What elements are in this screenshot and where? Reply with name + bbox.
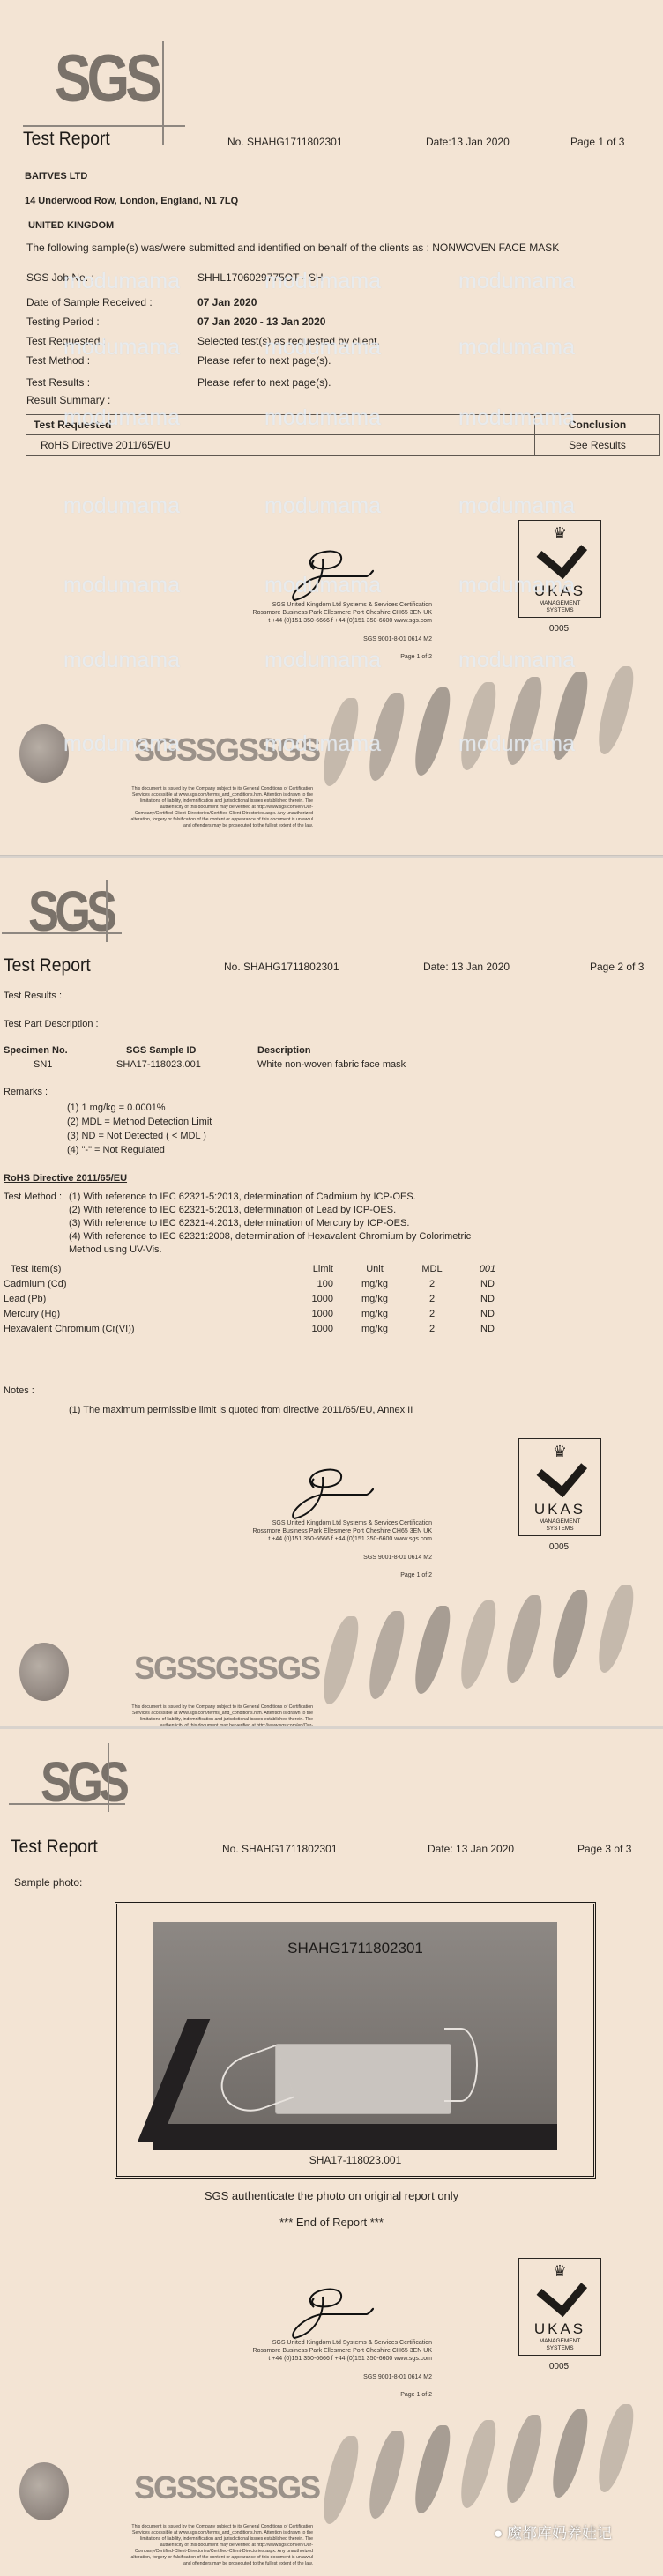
bird-icon [501,2415,548,2503]
report-page-2: SGS Test Report No. SHAHG1711802301 Date… [0,858,663,1726]
form-code: SGS 9001-8-01 0614 M2 [291,2374,432,2380]
ruler-horizontal [153,2124,557,2150]
address-line: SGS United Kingdom Ltd Systems & Service… [203,2339,432,2347]
field-value: Please refer to next page(s). [197,354,331,367]
results-cell: 1000 [291,1294,333,1304]
ukas-badge: ♛UKASMANAGEMENTSYSTEMS [518,2258,601,2356]
summary-header-row: Test Requested Conclusion [26,415,660,435]
results-cell: 2 [414,1309,450,1319]
bird-icon [317,2436,364,2524]
results-cell: mg/kg [353,1294,397,1304]
watermark-text: modumama [458,335,575,360]
results-cell: ND [473,1324,503,1334]
address-line: Rossmore Business Park Ellesmere Port Ch… [203,1527,432,1535]
bird-icon [409,687,456,776]
results-header-cell: MDL [414,1264,450,1274]
notes-label: Notes : [4,1385,34,1396]
legal-disclaimer: This document is issued by the Company s… [123,786,313,829]
globe-icon [19,2462,69,2520]
summary-conclusion-cell: See Results [535,435,660,456]
certificate-page: Page 1 of 2 [291,654,432,660]
watermark-text: modumama [264,494,381,519]
note-item: (1) The maximum permissible limit is quo… [69,1405,413,1415]
end-of-report: *** End of Report *** [0,2216,663,2229]
authenticate-note: SGS authenticate the photo on original r… [0,2189,663,2202]
ukas-subtitle: MANAGEMENT [519,1518,600,1526]
sgs-strip-logo: SGSSGSSGS [134,731,319,768]
field-label: Test Method : [26,354,90,367]
results-cell: Lead (Pb) [4,1294,46,1304]
social-account-name: 魔都库妈养娃记 [507,2525,612,2542]
results-cell: 2 [414,1279,450,1289]
sgs-address: SGS United Kingdom Ltd Systems & Service… [203,1519,432,1543]
test-part-description-label: Test Part Description : [4,1019,99,1029]
remarks-label: Remarks : [4,1087,48,1097]
client-name: BAITVES LTD [25,171,87,182]
watermark-text: modumama [264,648,381,673]
legal-disclaimer: This document is issued by the Company s… [123,2524,313,2567]
field-value: 07 Jan 2020 - 13 Jan 2020 [197,316,325,328]
sgs-address: SGS United Kingdom Ltd Systems & Service… [203,601,432,625]
bird-icon [547,2409,593,2498]
report-number: No. SHAHG1711802301 [222,1843,338,1855]
client-address: 14 Underwood Row, London, England, N1 7L… [25,196,238,206]
ukas-subtitle: SYSTEMS [519,2345,600,2355]
results-cell: Mercury (Hg) [4,1309,60,1319]
address-line: Rossmore Business Park Ellesmere Port Ch… [203,2347,432,2355]
summary-test-cell: RoHS Directive 2011/65/EU [26,435,535,456]
watermark-text: modumama [458,269,575,294]
form-code: SGS 9001-8-01 0614 M2 [291,1555,432,1561]
ukas-badge: ♛UKASMANAGEMENTSYSTEMS [518,1438,601,1536]
field-label: Testing Period : [26,316,100,328]
sgs-logo-text: SGS [28,883,113,939]
specimen-header-desc: Description [257,1045,311,1056]
report-title: Test Report [11,1837,98,1858]
bird-icon [363,693,410,781]
bird-icon [363,2431,410,2519]
bird-icon [501,1595,548,1683]
specimen-desc: White non-woven fabric face mask [257,1059,406,1070]
report-page-1: SGS Test Report No. SHAHG1711802301 Date… [0,0,663,855]
page-number: Page 1 of 3 [570,136,624,148]
ukas-number: 0005 [518,1542,600,1552]
results-cell: ND [473,1294,503,1304]
test-method-item: (1) With reference to IEC 62321-5:2013, … [69,1191,416,1202]
certificate-page: Page 1 of 2 [291,2392,432,2398]
sgs-address: SGS United Kingdom Ltd Systems & Service… [203,2339,432,2363]
bird-icon [547,672,593,760]
report-page-3: SGS Test Report No. SHAHG1711802301 Date… [0,1729,663,2576]
field-value: Please refer to next page(s). [197,376,331,389]
results-cell: 2 [414,1324,450,1334]
wechat-icon: ● [494,2525,503,2542]
specimen-header-id: SGS Sample ID [126,1045,196,1056]
bird-icon [455,2420,502,2508]
sample-intro: The following sample(s) was/were submitt… [26,241,635,256]
report-title: Test Report [4,955,91,976]
sgs-logo-text: SGS [55,46,158,113]
field-label: Date of Sample Received : [26,296,153,308]
globe-icon [19,724,69,783]
signature-icon [287,1461,384,1523]
summary-header-test: Test Requested [26,415,535,435]
report-number: No. SHAHG1711802301 [224,961,339,973]
results-cell: 1000 [291,1309,333,1319]
specimen-no: SN1 [34,1059,52,1070]
ukas-subtitle: SYSTEMS [519,1526,600,1535]
field-value: Selected test(s) as requested by client. [197,335,380,347]
sample-photo: SHAHG1711802301 [153,1922,557,2150]
report-title: Test Report [23,129,110,150]
page-number: Page 2 of 3 [590,961,644,973]
results-cell: Hexavalent Chromium (Cr(VI)) [4,1324,135,1334]
bird-icon [592,2404,639,2492]
sgs-strip-logo: SGSSGSSGS [134,2469,319,2506]
summary-row: RoHS Directive 2011/65/EU See Results [26,435,660,456]
results-cell: Cadmium (Cd) [4,1279,67,1289]
ukas-subtitle: SYSTEMS [519,607,600,617]
specimen-id: SHA17-118023.001 [116,1059,201,1070]
ukas-title: UKAS [519,1501,600,1518]
summary-header-conclusion: Conclusion [535,415,660,435]
results-cell: ND [473,1279,503,1289]
ear-loop-right [444,2028,478,2102]
results-header-cell: Test Item(s) [11,1264,61,1274]
legal-disclaimer: This document is issued by the Company s… [123,1704,313,1726]
watermark-text: modumama [63,494,180,519]
ukas-title: UKAS [519,583,600,600]
bird-icon [592,666,639,754]
form-code: SGS 9001-8-01 0614 M2 [291,636,432,642]
bird-icon [455,682,502,770]
photo-bottom-caption: SHA17-118023.001 [117,2154,593,2166]
sample-photo-frame: SHAHG1711802301 SHA17-118023.001 [115,1902,596,2179]
specimen-header-no: Specimen No. [4,1045,68,1056]
globe-icon [19,1643,69,1701]
bird-icon [547,1590,593,1678]
ukas-title: UKAS [519,2320,600,2338]
field-value: 07 Jan 2020 [197,296,257,308]
signature-icon [287,543,384,605]
results-cell: 1000 [291,1324,333,1334]
report-number: No. SHAHG1711802301 [227,136,343,148]
client-country: UNITED KINGDOM [28,220,114,231]
face-mask-image [275,2044,451,2114]
watermark-text: modumama [63,648,180,673]
certificate-page: Page 1 of 2 [291,1572,432,1578]
test-method-item: Method using UV-Vis. [69,1244,162,1255]
address-line: t +44 (0)151 350-6666 f +44 (0)151 350-6… [203,617,432,625]
signature-icon [287,2281,384,2342]
field-label: Test Requested : [26,335,106,347]
results-header-cell: Unit [353,1264,397,1274]
field-label: SGS Job No. : [26,271,94,284]
remark-item: (1) 1 mg/kg = 0.0001% [67,1102,166,1113]
results-header-cell: 001 [473,1264,503,1274]
address-line: SGS United Kingdom Ltd Systems & Service… [203,601,432,609]
results-cell: ND [473,1309,503,1319]
ukas-subtitle: MANAGEMENT [519,2338,600,2345]
results-header-cell: Limit [291,1264,333,1274]
watermark-text: modumama [63,573,180,598]
results-cell: mg/kg [353,1324,397,1334]
bird-icon [592,1585,639,1673]
rohs-title: RoHS Directive 2011/65/EU [4,1173,127,1184]
sgs-logo-text: SGS [41,1754,125,1810]
watermark-text: modumama [458,648,575,673]
test-method-item: (4) With reference to IEC 62321:2008, de… [69,1231,471,1242]
result-summary-table: Test Requested Conclusion RoHS Directive… [26,414,660,456]
test-results-label: Test Results : [4,991,62,1001]
remark-item: (4) "-" = Not Regulated [67,1145,165,1155]
address-line: SGS United Kingdom Ltd Systems & Service… [203,1519,432,1527]
watermark-text: modumama [458,494,575,519]
field-value: SHHL1706029775OT - SH [197,271,324,284]
bird-icon [409,1606,456,1694]
results-cell: mg/kg [353,1279,397,1289]
sample-photo-label: Sample photo: [14,1876,82,1889]
bird-icon [409,2425,456,2513]
test-method-label: Test Method : [4,1191,62,1202]
bird-icon [317,1616,364,1704]
sgs-logo: SGS [9,1741,141,1821]
bird-icon [363,1611,410,1699]
test-method-item: (3) With reference to IEC 62321-4:2013, … [69,1218,409,1229]
report-date: Date:13 Jan 2020 [426,136,510,148]
social-account-label: ● 魔都库妈养娃记 [494,2520,612,2543]
bird-icon [455,1600,502,1689]
report-date: Date: 13 Jan 2020 [428,1843,514,1855]
ukas-subtitle: MANAGEMENT [519,600,600,607]
ukas-number: 0005 [518,624,600,634]
ukas-badge: ♛UKASMANAGEMENTSYSTEMS [518,520,601,618]
test-method-item: (2) With reference to IEC 62321-5:2013, … [69,1205,396,1215]
results-cell: mg/kg [353,1309,397,1319]
address-line: t +44 (0)151 350-6666 f +44 (0)151 350-6… [203,2355,432,2363]
results-cell: 100 [291,1279,333,1289]
photo-top-caption: SHAHG1711802301 [153,1940,557,1957]
result-summary-label: Result Summary : [26,394,110,406]
address-line: Rossmore Business Park Ellesmere Port Ch… [203,609,432,617]
field-label: Test Results : [26,376,90,389]
address-line: t +44 (0)151 350-6666 f +44 (0)151 350-6… [203,1535,432,1543]
bird-icon [501,677,548,765]
sgs-strip-logo: SGSSGSSGS [134,1650,319,1687]
remark-item: (3) ND = Not Detected ( < MDL ) [67,1131,206,1141]
sgs-logo: SGS [2,876,134,947]
page-number: Page 3 of 3 [577,1843,631,1855]
remark-item: (2) MDL = Method Detection Limit [67,1117,212,1127]
bird-icon [317,698,364,786]
results-cell: 2 [414,1294,450,1304]
ukas-number: 0005 [518,2362,600,2372]
report-date: Date: 13 Jan 2020 [423,961,510,973]
